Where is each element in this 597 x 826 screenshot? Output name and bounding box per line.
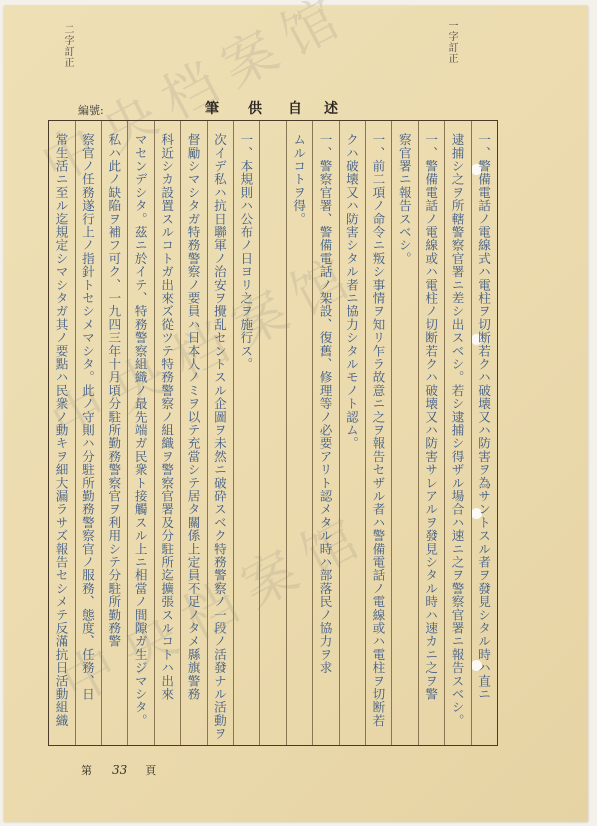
text-column: 逮捕シ之ヲ所轄警察官署ニ差シ出スベシ。若シ逮捕シ得ザル場合ハ速ニ之ヲ警察官署ニ報… <box>444 121 470 745</box>
text-column: ムルコトヲ得。 <box>286 121 312 745</box>
margin-note-left: 二字訂正 <box>60 24 75 68</box>
text-column: 督勵シマシタガ特務警察ノ要員ハ日本人ノミヲ以テ充當シテ居タ關係上定員不足ノタメ縣… <box>180 121 206 745</box>
text-column: 一、警備電話ノ電線或ハ電柱ノ切断若クハ破壊又ハ防害サレアルヲ發見シタル時ハ速カニ… <box>418 121 444 745</box>
title-char: 筆 <box>205 98 219 118</box>
margin-note-right: 一字訂正 <box>444 20 459 64</box>
page-number: 33 <box>112 763 127 777</box>
text-column: 常生活ニ至ル迄規定シマシタガ其ノ要點ハ民衆ノ動キヲ細大漏ラサズ報告セシメテ反滿抗… <box>49 121 74 745</box>
text-column: 科近シカ設置スルコトガ出來ズ從ツテ特務警察ノ組織ヲ警察官署及分駐所迄擴張スルコト… <box>154 121 180 745</box>
document-page: 中央档案馆 中央档案馆 中央档案馆 二字訂正 一字訂正 編號: 筆 供 自 述 … <box>4 6 588 822</box>
page-prefix: 第 <box>81 764 92 777</box>
text-column: 察官署ニ報告スベシ。 <box>391 121 417 745</box>
text-column <box>259 121 285 745</box>
text-column: マセンデシタ。茲ニ於イテ、特務警察組織ノ最先端ガ民衆ト接觸スル上ニ相當ノ間隙ガ生… <box>127 121 153 745</box>
text-column: 一、警備電話ノ電線式ハ電柱ヲ切断若クハ破壊又ハ防害ヲ為サントスル者ヲ發見シタル時… <box>471 121 497 745</box>
number-label: 編號: <box>78 102 104 118</box>
title-char: 供 <box>248 98 262 118</box>
text-column: クハ破壊又ハ防害シタル者ニ協力シタルモノト認ム。 <box>339 121 365 745</box>
text-column: 一、警察官署、警備電話ノ架設、復舊、修理等ノ必要アリト認メタル時ハ部落民ノ協力ヲ… <box>312 121 338 745</box>
text-column: 一、前二項ノ命令ニ叛シ事情ヲ知リ乍ラ故意ニ之ヲ報告セザル者ハ警備電話ノ電線或ハ電… <box>365 121 391 745</box>
page-suffix: 頁 <box>145 764 156 777</box>
title-char: 述 <box>324 98 338 118</box>
text-column: 一、本規則ハ公布ノ日ヨリ之ヲ施行ス。 <box>233 121 259 745</box>
title-char: 自 <box>288 98 302 118</box>
manuscript-grid: 一、警備電話ノ電線式ハ電柱ヲ切断若クハ破壊又ハ防害ヲ為サントスル者ヲ發見シタル時… <box>48 120 498 746</box>
text-column: 察官ノ任務遂行上ノ指針トセシメマシタ。此ノ守則ハ分駐所勤務警察官ノ服務、態度、任… <box>75 121 101 745</box>
page-footer: 第33頁 <box>81 762 156 778</box>
text-column: 私ハ此ノ缺陥ヲ補フ可ク、一九四三年十月頃分駐所勤務警察官ヲ利用シテ分駐所勤務警 <box>101 121 127 745</box>
text-column: 次イデ私ハ抗日聯軍ノ治安ヲ攪乱セントスル企圖ヲ未然ニ破砕スベク特務警察ノ一段ノ活… <box>207 121 233 745</box>
